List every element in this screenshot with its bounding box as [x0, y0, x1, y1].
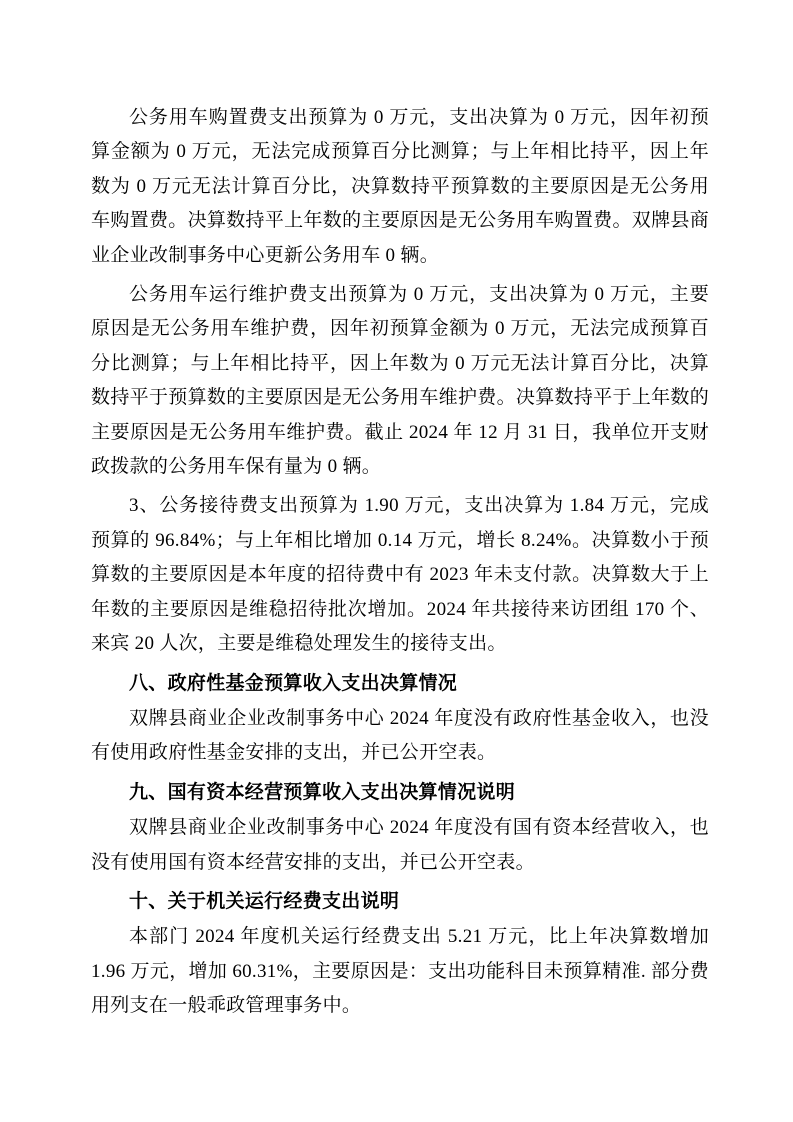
paragraph-vehicle-maintenance: 公务用车运行维护费支出预算为 0 万元，支出决算为 0 万元，主要原因是无公务用… [91, 278, 709, 484]
document-page: 公务用车购置费支出预算为 0 万元，支出决算为 0 万元，因年初预算金额为 0 … [0, 0, 793, 1122]
paragraph-operating-expenses: 本部门 2024 年度机关运行经费支出 5.21 万元，比上年决算数增加 1.9… [91, 920, 709, 1023]
section-heading-10-operating-expenses: 十、关于机关运行经费支出说明 [91, 885, 709, 919]
paragraph-official-reception: 3、公务接待费支出预算为 1.90 万元，支出决算为 1.84 万元，完成预算的… [91, 489, 709, 661]
paragraph-state-capital: 双牌县商业企业改制事务中心 2024 年度没有国有资本经营收入，也没有使用国有资… [91, 811, 709, 880]
section-heading-8-government-funds: 八、政府性基金预算收入支出决算情况 [91, 667, 709, 701]
section-heading-9-state-capital: 九、国有资本经营预算收入支出决算情况说明 [91, 776, 709, 810]
paragraph-vehicle-purchase: 公务用车购置费支出预算为 0 万元，支出决算为 0 万元，因年初预算金额为 0 … [91, 101, 709, 273]
paragraph-government-funds: 双牌县商业企业改制事务中心 2024 年度没有政府性基金收入，也没有使用政府性基… [91, 702, 709, 771]
